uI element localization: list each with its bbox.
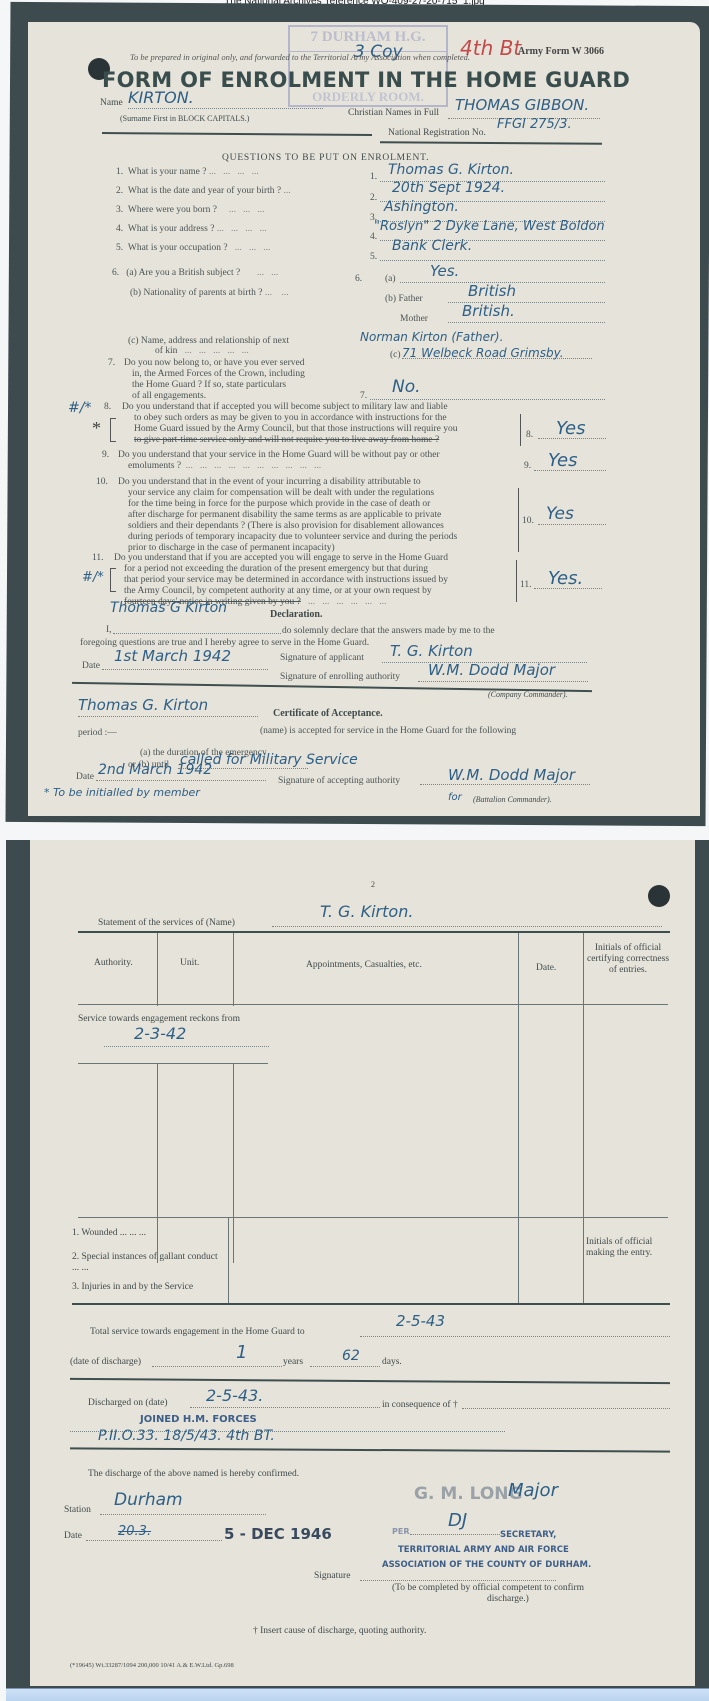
national-registration-value: FFGI 275/3. xyxy=(497,117,572,132)
insert-cause-note: † Insert cause of discharge, quoting aut… xyxy=(253,1626,426,1636)
answer-8: Yes xyxy=(556,418,585,439)
punch-hole-icon xyxy=(648,885,670,907)
certificate-date: 2nd March 1942 xyxy=(98,762,212,778)
confirm-signature-label: Signature xyxy=(314,1571,350,1581)
ta-stamp-line1: TERRITORIAL ARMY AND AIR FORCE xyxy=(398,1545,569,1555)
for-label: for xyxy=(448,792,462,803)
answer-4: "Roslyn" 2 Dyke Lane, West Boldon xyxy=(374,219,605,234)
question-11-num: 11. xyxy=(92,553,104,564)
declaration-heading: Declaration. xyxy=(270,609,323,620)
next-of-kin-name: Norman Kirton (Father). xyxy=(360,330,503,344)
question-10: Do you understand that in the event of y… xyxy=(118,477,457,554)
answer-1: Thomas G. Kirton. xyxy=(388,162,514,178)
answer-9: Yes xyxy=(548,450,577,471)
question-1: 1. What is your name ? ... ... ... ... xyxy=(116,167,259,178)
answer-5: Bank Clerk. xyxy=(392,238,472,254)
question-3: 3. Where were you born ? ... ... ... xyxy=(116,205,265,216)
col-appointments: Appointments, Casualties, etc. xyxy=(306,960,422,970)
national-registration-label: National Registration No. xyxy=(388,128,486,138)
answer-2: 20th Sept 1924. xyxy=(392,180,505,196)
father-nationality: British xyxy=(468,282,516,300)
enrolling-signature-label: Signature of enrolling authority xyxy=(280,672,400,683)
wounded-row: 1. Wounded ... ... ... xyxy=(72,1228,146,1238)
mother-label: Mother xyxy=(400,314,428,325)
question-8-num: 8. xyxy=(104,402,111,413)
form-number: Army Form W 3066 xyxy=(518,46,604,57)
applicant-signature: T. G. Kirton xyxy=(390,642,473,660)
answer-5-num: 5. xyxy=(370,252,377,263)
answer-6a-label: (a) xyxy=(385,274,396,285)
date-of-discharge-label: (date of discharge) xyxy=(70,1357,141,1367)
question-6b: (b) Nationality of parents at birth ? ..… xyxy=(130,288,289,299)
declaration-text-1: do solemnly declare that the answers mad… xyxy=(282,626,495,637)
viewer-bottom-bar xyxy=(6,1688,709,1701)
discharged-on-label: Discharged on (date) xyxy=(88,1398,168,1408)
per-signature: DJ xyxy=(448,1510,467,1531)
mother-nationality: British. xyxy=(462,302,515,320)
discharged-on-value: 2-5-43. xyxy=(206,1386,263,1405)
bracket-icon xyxy=(110,418,116,442)
secretary-stamp: SECRETARY, xyxy=(500,1530,556,1540)
christian-names-value: THOMAS GIBBON. xyxy=(455,96,589,114)
answer-11-num: 11. xyxy=(520,580,532,591)
enrolling-signature: W.M. Dodd Major xyxy=(428,661,555,679)
answer-7-num: 7. xyxy=(360,391,367,402)
question-9: Do you understand that your service in t… xyxy=(118,450,440,472)
father-label: (b) Father xyxy=(385,294,423,305)
statement-name: T. G. Kirton. xyxy=(320,902,413,921)
next-of-kin-address: 71 Welbeck Road Grimsby. xyxy=(402,346,564,360)
answer-8-num: 8. xyxy=(526,430,533,441)
instruction-text: To be prepared in original only, and for… xyxy=(130,52,470,62)
certificate-text: (name) is accepted for service in the Ho… xyxy=(260,726,516,737)
declaration-date: 1st March 1942 xyxy=(114,647,231,665)
completed-note-1: (To be completed by official competent t… xyxy=(392,1583,584,1593)
ta-stamp-line2: ASSOCIATION OF THE COUNTY OF DURHAM. xyxy=(382,1560,591,1570)
answer-2-num: 2. xyxy=(370,193,377,204)
answer-10-num: 10. xyxy=(522,516,534,527)
answer-7: No. xyxy=(392,377,421,397)
surname-hint: (Surname First in BLOCK CAPITALS.) xyxy=(120,114,249,123)
question-7-num: 7. xyxy=(108,358,115,369)
footnote-initial: * To be initialled by member xyxy=(44,786,200,799)
question-9-num: 9. xyxy=(102,450,109,461)
christian-names-label: Christian Names in Full xyxy=(348,108,439,118)
question-7: Do you now belong to, or have you ever s… xyxy=(124,358,305,402)
declaration-date-label: Date xyxy=(82,661,100,672)
answer-1-num: 1. xyxy=(370,172,377,183)
question-5: 5. What is your occupation ? ... ... ... xyxy=(116,243,270,254)
applicant-signature-label: Signature of applicant xyxy=(280,653,364,664)
accepting-signature-label: Signature of accepting authority xyxy=(278,776,400,787)
question-6a: 6. (a) Are you a British subject ? ... .… xyxy=(112,268,278,279)
days-value: 62 xyxy=(342,1348,360,1364)
certificate-heading: Certificate of Acceptance. xyxy=(273,708,383,719)
accepting-signature: W.M. Dodd Major xyxy=(448,766,575,784)
col-date: Date. xyxy=(536,963,556,973)
date-struck: 20.3. xyxy=(118,1524,151,1539)
answer-11: Yes. xyxy=(548,568,583,589)
question-4: 4. What is your address ? ... ... ... ..… xyxy=(116,224,267,235)
total-service-value: 2-5-43 xyxy=(396,1312,445,1330)
question-2: 2. What is the date and year of your bir… xyxy=(116,186,291,197)
joined-forces-stamp: JOINED H.M. FORCES xyxy=(140,1414,257,1425)
period-label: period :— xyxy=(78,728,117,739)
page-number: 2 xyxy=(371,880,375,889)
long-stamp: G. M. LONG xyxy=(414,1484,522,1504)
answer-6c-label: (c) xyxy=(390,350,401,361)
statement-label: Statement of the services of (Name) xyxy=(98,918,235,928)
asterisk-icon: * xyxy=(92,418,101,439)
discharge-confirmed-text: The discharge of the above named is here… xyxy=(88,1469,299,1479)
years-value: 1 xyxy=(236,1342,247,1363)
orderly-room-stamp: 7 DURHAM H.G. ORDERLY ROOM. xyxy=(288,25,448,107)
battalion-commander-role: (Battalion Commander). xyxy=(473,795,552,804)
long-hand-major: Major xyxy=(508,1480,558,1501)
certificate-name: Thomas G. Kirton xyxy=(78,696,208,714)
joined-note: P.II.O.33. 18/5/43. 4th BT. xyxy=(98,1428,275,1444)
answer-6-num: 6. xyxy=(355,274,362,285)
injuries-row: 3. Injuries in and by the Service xyxy=(72,1282,193,1292)
surname-value: KIRTON. xyxy=(128,88,194,107)
question-10-num: 10. xyxy=(96,477,108,488)
gallant-conduct-row: 2. Special instances of gallant conduct … xyxy=(72,1252,224,1274)
days-label: days. xyxy=(382,1357,402,1367)
completed-note-2: discharge.) xyxy=(487,1594,529,1604)
answer-6a: Yes. xyxy=(430,262,459,280)
col-unit: Unit. xyxy=(180,958,199,968)
confirm-date-label: Date xyxy=(64,1531,82,1541)
consequence-label: in consequence of † xyxy=(382,1400,458,1410)
question-8: Do you understand that if accepted you w… xyxy=(122,402,457,446)
col-initials: Initials of official certifying correctn… xyxy=(586,943,670,976)
declaration-i-label: I, xyxy=(106,625,112,636)
initials-making-entry: Initials of official making the entry. xyxy=(586,1237,670,1259)
reckons-value: 2-3-42 xyxy=(134,1024,186,1043)
certificate-date-label: Date xyxy=(76,772,94,783)
answer-10: Yes xyxy=(546,504,574,524)
total-service-label: Total service towards engagement in the … xyxy=(90,1327,305,1337)
station-label: Station xyxy=(64,1505,91,1515)
col-authority: Authority. xyxy=(94,958,133,968)
question-6c-2: of kin ... ... ... ... ... xyxy=(155,346,249,357)
reckons-label: Service towards engagement reckons from xyxy=(78,1014,240,1024)
date-stamp: 5 - DEC 1946 xyxy=(224,1525,332,1543)
station-value: Durham xyxy=(114,1490,183,1510)
q11-margin-mark: #/* xyxy=(82,570,104,585)
declaration-name: Thomas G Kirton xyxy=(110,600,227,616)
print-code: (*19645) Wt.33287/1094 200,000 10/41 A.&… xyxy=(70,1662,234,1669)
name-label: Name xyxy=(100,98,123,108)
per-label: PER xyxy=(392,1527,410,1536)
answer-9-num: 9. xyxy=(524,461,531,472)
answer-3: Ashington. xyxy=(384,199,459,215)
years-label: years xyxy=(283,1357,303,1367)
q8-margin-mark: #/* xyxy=(68,400,91,416)
